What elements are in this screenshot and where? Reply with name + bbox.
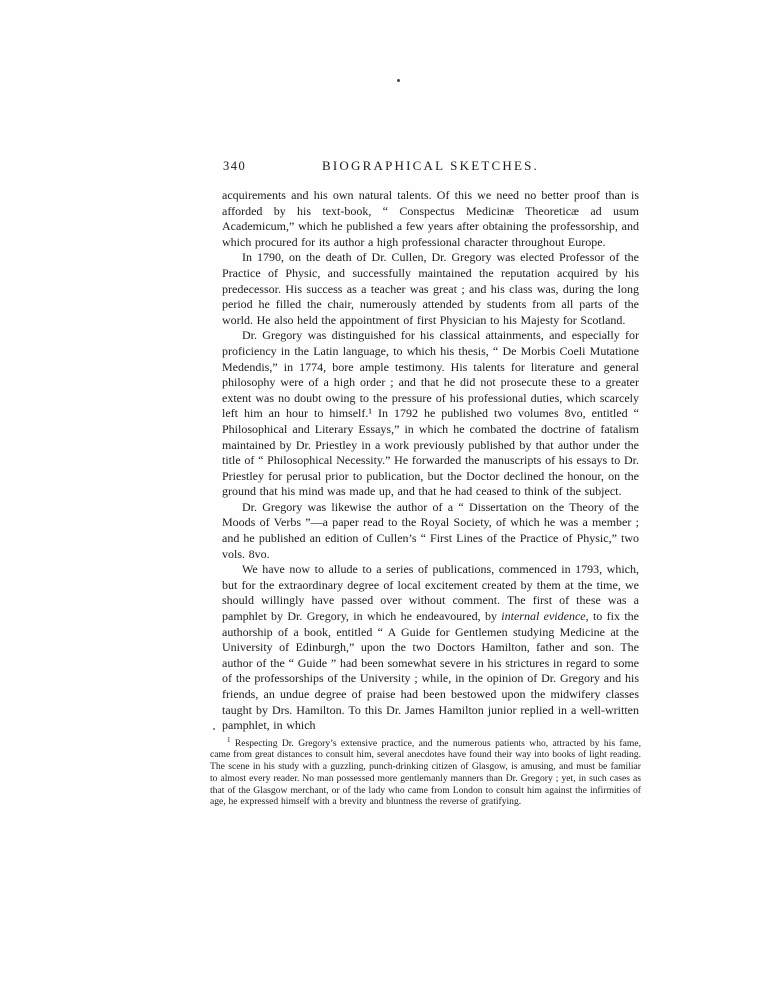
paragraph-classical-attainments: Dr. Gregory was distinguished for his cl…	[222, 328, 639, 500]
footnote-block: 1 Respecting Dr. Gregory’s extensive pra…	[210, 738, 641, 808]
footnote-marker: 1	[227, 736, 231, 744]
page-header: 340 BIOGRAPHICAL SKETCHES.	[222, 158, 639, 175]
paragraph-continuation: acquirements and his own natural talents…	[222, 188, 639, 250]
footnote: 1 Respecting Dr. Gregory’s extensive pra…	[210, 738, 641, 808]
running-header-title: BIOGRAPHICAL SKETCHES.	[222, 158, 639, 174]
paragraph-dissertation-moods-of-verbs: Dr. Gregory was likewise the author of a…	[222, 500, 639, 562]
page-content: 340 BIOGRAPHICAL SKETCHES. acquirements …	[222, 0, 639, 808]
page-number: 340	[223, 159, 246, 174]
ink-speck	[213, 728, 215, 730]
paragraph-text-post: to fix the authorship of a book, entitle…	[222, 609, 639, 732]
paragraph-publications-1793: We have now to allude to a series of pub…	[222, 562, 639, 734]
book-page: 340 BIOGRAPHICAL SKETCHES. acquirements …	[0, 0, 782, 1000]
italic-phrase: internal evidence,	[501, 609, 588, 623]
paragraph-1790-professorship: In 1790, on the death of Dr. Cullen, Dr.…	[222, 250, 639, 328]
body-text: acquirements and his own natural talents…	[222, 188, 639, 734]
footnote-text: Respecting Dr. Gregory’s extensive pract…	[210, 738, 641, 808]
